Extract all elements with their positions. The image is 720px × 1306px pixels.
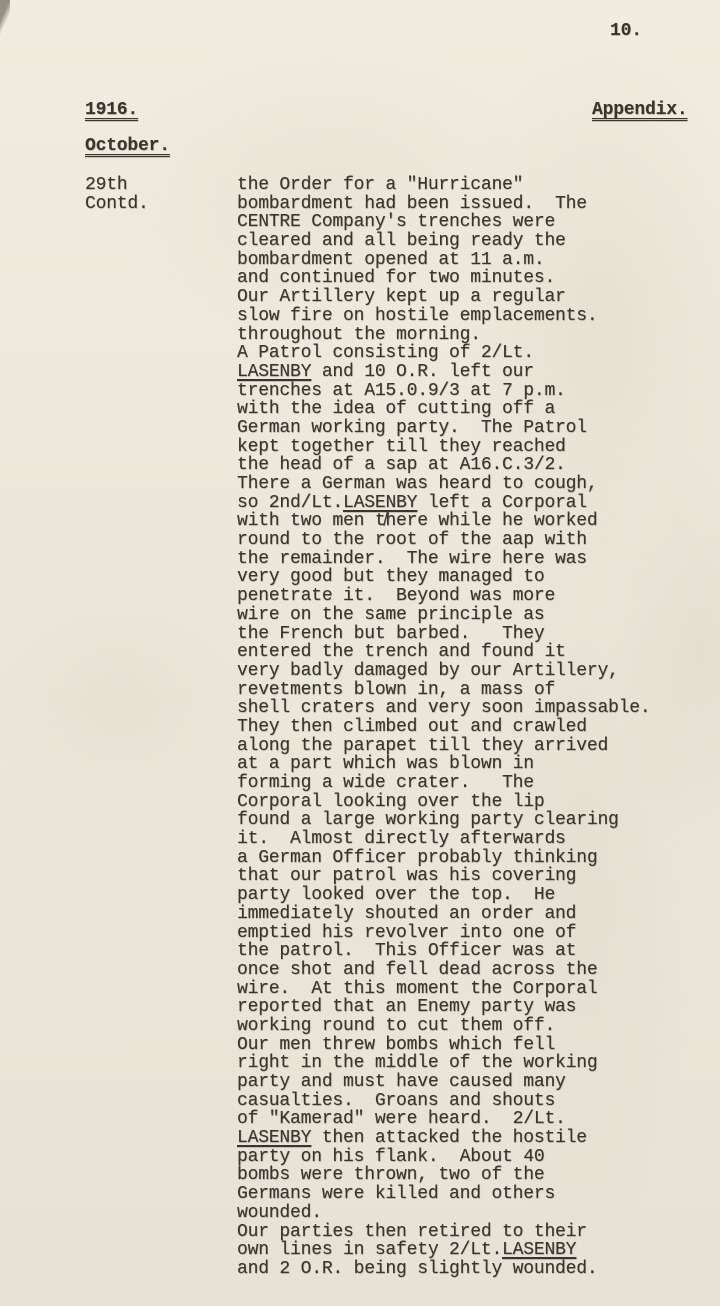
typed-text: casualties. Groans and shouts [237,1091,555,1111]
underlined-name: LASENBY [502,1240,576,1260]
typed-line: along the parapet till they arrived [237,737,677,756]
typed-text: the Order for a "Hurricane" [237,175,523,195]
typed-line: There a German was heard to cough, [237,475,677,494]
underlined-name: LASENBY [237,1128,311,1148]
typed-line: kept together till they reached [237,438,677,457]
typed-line: revetments blown in, a mass of [237,681,677,700]
typed-text: There a German was heard to cough, [237,474,597,494]
typed-line: entered the trench and found it [237,643,677,662]
typed-text: forming a wide crater. The [237,773,534,793]
typed-text: so 2nd/Lt. [237,493,343,513]
typed-text: party looked over the top. He [237,885,555,905]
typed-line: reported that an Enemy party was [237,998,677,1017]
typed-line: They then climbed out and crawled [237,718,677,737]
typed-line: once shot and fell dead across the [237,961,677,980]
typed-text: the French but barbed. They [237,624,544,644]
typed-text: immediately shouted an order and [237,904,576,924]
typed-text: working round to cut them off. [237,1016,555,1036]
typed-line: bombardment opened at 11 a.m. [237,251,677,270]
typed-line: Germans were killed and others [237,1185,677,1204]
typed-line: CENTRE Company's trenches were [237,213,677,232]
underlined-name: LASENBY [343,493,417,513]
typed-text: German working party. The Patrol [237,418,587,438]
typed-text: the patrol. This Officer was at [237,941,576,961]
typed-line: Our parties then retired to their [237,1223,677,1242]
typed-text: Our Artillery kept up a regular [237,287,566,307]
appendix-heading: Appendix. [592,101,687,120]
typed-line: wire. At this moment the Corporal [237,980,677,999]
typed-line: a German Officer probably thinking [237,849,677,868]
page-number: 10. [610,22,642,41]
typed-text: found a large working party clearing [237,810,619,830]
typed-text: CENTRE Company's trenches were [237,212,555,232]
year-heading: 1916. [85,101,138,120]
typed-line: it. Almost directly afterwards [237,830,677,849]
typed-text: wire. At this moment the Corporal [237,979,597,999]
typed-line: the patrol. This Officer was at [237,942,677,961]
typed-line: LASENBY and 10 O.R. left our [237,363,677,382]
typed-text: throughout the morning. [237,325,481,345]
month-heading: October. [85,137,170,156]
typed-text: with the idea of cutting off a [237,399,555,419]
typed-line: immediately shouted an order and [237,905,677,924]
typed-line: casualties. Groans and shouts [237,1092,677,1111]
typed-text: They then climbed out and crawled [237,717,587,737]
typed-text: Germans were killed and others [237,1184,555,1204]
typed-text: party and must have caused many [237,1072,566,1092]
typed-line: slow fire on hostile emplacements. [237,307,677,326]
typed-line: round to the root of the aap with [237,531,677,550]
typed-line: forming a wide crater. The [237,774,677,793]
typed-line: right in the middle of the working [237,1054,677,1073]
typed-line: so 2nd/Lt.LASENBY left a Corporal [237,494,677,513]
typed-line: with two men t̸here while he worked [237,512,677,531]
typed-line: found a large working party clearing [237,811,677,830]
typed-text: along the parapet till they arrived [237,736,608,756]
typed-line: bombs were thrown, two of the [237,1166,677,1185]
typed-text: shell craters and very soon impassable. [237,698,650,718]
typed-text: and 10 O.R. left our [311,362,534,382]
typed-text: the head of a sap at A16.C.3/2. [237,455,566,475]
typed-line: Our Artillery kept up a regular [237,288,677,307]
typed-text: party on his flank. About 40 [237,1147,544,1167]
typed-text: Our men threw bombs which fell [237,1035,555,1055]
typed-line: working round to cut them off. [237,1017,677,1036]
scan-edge-artifact [0,0,10,38]
typed-line: wounded. [237,1204,677,1223]
typed-line: with the idea of cutting off a [237,400,677,419]
typed-line: party and must have caused many [237,1073,677,1092]
typed-line: the Order for a "Hurricane" [237,176,677,195]
typed-text: very badly damaged by our Artillery, [237,661,619,681]
typed-line: that our patrol was his covering [237,867,677,886]
typed-text: penetrate it. Beyond was more [237,586,555,606]
typed-line: bombardment had been issued. The [237,195,677,214]
typed-text: once shot and fell dead across the [237,960,597,980]
typed-line: own lines in safety 2/Lt.LASENBY [237,1241,677,1260]
typed-text: cleared and all being ready the [237,231,566,251]
typed-text: Corporal looking over the lip [237,792,544,812]
typed-text: wire on the same principle as [237,605,544,625]
typed-text: slow fire on hostile emplacements. [237,306,597,326]
typed-text: the remainder. The wire here was [237,549,587,569]
typed-text: bombardment had been issued. The [237,194,587,214]
typed-line: penetrate it. Beyond was more [237,587,677,606]
typed-text: revetments blown in, a mass of [237,680,555,700]
typed-text: right in the middle of the working [237,1053,597,1073]
typed-text: round to the root of the aap with [237,530,587,550]
typed-text: it. Almost directly afterwards [237,829,566,849]
typed-line: and 2 O.R. being slightly wounded. [237,1260,677,1279]
typed-text: bombardment opened at 11 a.m. [237,250,544,270]
typed-text: trenches at A15.0.9/3 at 7 p.m. [237,381,566,401]
typed-text: Our parties then retired to their [237,1222,587,1242]
typed-line: throughout the morning. [237,326,677,345]
typed-text: a German Officer probably thinking [237,848,597,868]
typed-line: shell craters and very soon impassable. [237,699,677,718]
typed-text: at a part which was blown in [237,754,534,774]
typed-text: and continued for two minutes. [237,268,555,288]
typed-text: with two men t̸here while he worked [237,511,597,531]
typed-line: very badly damaged by our Artillery, [237,662,677,681]
typed-line: very good but they managed to [237,568,677,587]
typed-line: the remainder. The wire here was [237,550,677,569]
typed-text: very good but they managed to [237,567,544,587]
margin-note-contd: Contd. [85,195,149,214]
typed-line: and continued for two minutes. [237,269,677,288]
typed-line: A Patrol consisting of 2/Lt. [237,344,677,363]
margin-note-day: 29th [85,176,127,195]
typed-text: reported that an Enemy party was [237,997,576,1017]
document-page: 10. 1916. Appendix. October. 29th Contd.… [0,0,720,1306]
typed-text: bombs were thrown, two of the [237,1165,544,1185]
typed-line: Corporal looking over the lip [237,793,677,812]
typed-text: emptied his revolver into one of [237,923,576,943]
typed-text: wounded. [237,1203,322,1223]
typed-line: German working party. The Patrol [237,419,677,438]
typed-text: entered the trench and found it [237,642,566,662]
typed-text: of "Kamerad" were heard. 2/Lt. [237,1109,566,1129]
typed-line: the head of a sap at A16.C.3/2. [237,456,677,475]
typed-text: that our patrol was his covering [237,866,576,886]
typed-text: kept together till they reached [237,437,566,457]
typed-line: party looked over the top. He [237,886,677,905]
typed-text: then attacked the hostile [311,1128,587,1148]
underlined-name: LASENBY [237,362,311,382]
typed-line: at a part which was blown in [237,755,677,774]
typed-text: A Patrol consisting of 2/Lt. [237,343,534,363]
diary-entry-text: the Order for a "Hurricane"bombardment h… [237,176,677,1279]
typed-line: emptied his revolver into one of [237,924,677,943]
typed-text: and 2 O.R. being slightly wounded. [237,1259,597,1279]
typed-line: LASENBY then attacked the hostile [237,1129,677,1148]
typed-line: party on his flank. About 40 [237,1148,677,1167]
typed-line: the French but barbed. They [237,625,677,644]
typed-line: cleared and all being ready the [237,232,677,251]
typed-text: own lines in safety 2/Lt. [237,1240,502,1260]
typed-line: of "Kamerad" were heard. 2/Lt. [237,1110,677,1129]
typed-text: left a Corporal [417,493,587,513]
typed-line: trenches at A15.0.9/3 at 7 p.m. [237,382,677,401]
typed-line: Our men threw bombs which fell [237,1036,677,1055]
typed-line: wire on the same principle as [237,606,677,625]
